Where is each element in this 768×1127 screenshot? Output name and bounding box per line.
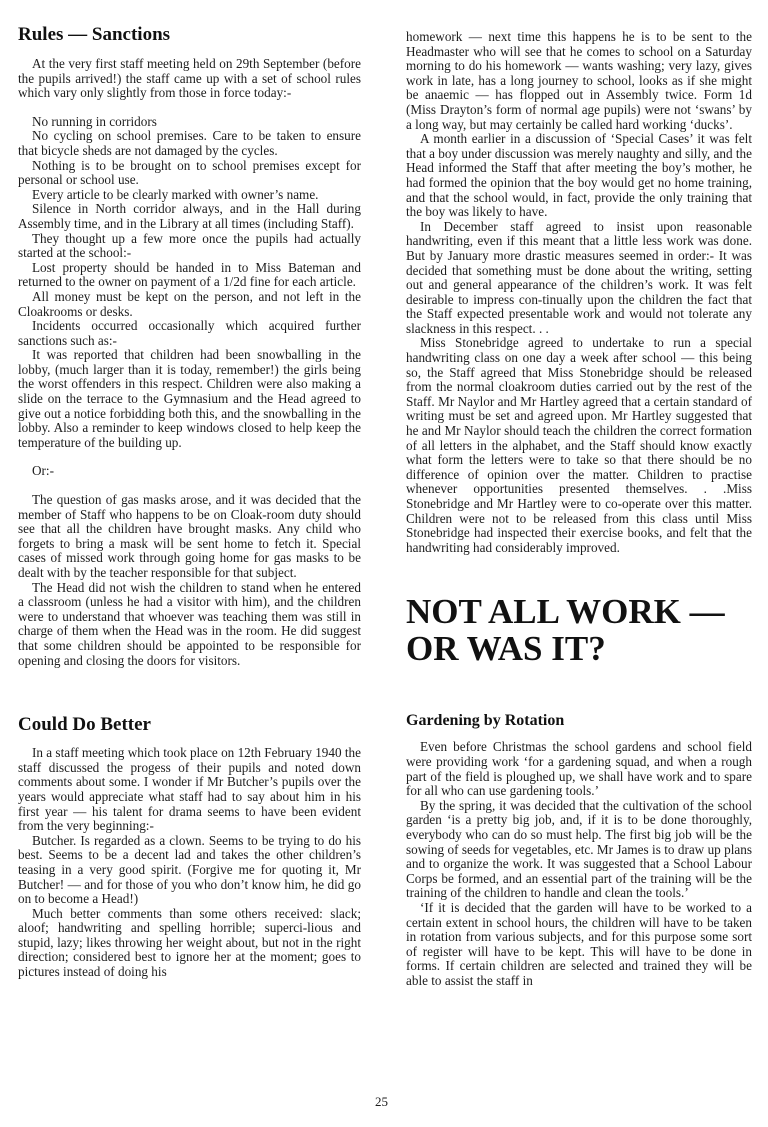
gardening-paragraph: By the spring, it was decided that the c… <box>406 799 752 901</box>
rule-item: It was reported that children had been s… <box>18 348 361 450</box>
rule-item: No running in corridors <box>18 115 361 130</box>
could-do-better-paragraph: Much better comments than some others re… <box>18 907 361 980</box>
rules-intro-paragraph: At the very first staff meeting held on … <box>18 57 361 101</box>
could-do-better-paragraph: Butcher. Is regarded as a clown. Seems t… <box>18 834 361 907</box>
gardening-paragraph: ‘If it is decided that the garden will h… <box>406 901 752 989</box>
rule-item: Silence in North corridor always, and in… <box>18 202 361 231</box>
section-heading-gardening-by-rotation: Gardening by Rotation <box>406 711 752 731</box>
right-column: homework — next time this happens he is … <box>406 0 752 988</box>
could-do-better-paragraph: In a staff meeting which took place on 1… <box>18 746 361 834</box>
continuation-paragraph: Miss Stonebridge agreed to undertake to … <box>406 336 752 555</box>
rule-item: Nothing is to be brought on to school pr… <box>18 159 361 188</box>
rule-item: No cycling on school premises. Care to b… <box>18 129 361 158</box>
chapter-title-line-1: NOT ALL WORK — <box>406 592 725 631</box>
or-label: Or:- <box>18 464 361 479</box>
rule-item: Incidents occurred occasionally which ac… <box>18 319 361 348</box>
rule-item: All money must be kept on the person, an… <box>18 290 361 319</box>
chapter-title: NOT ALL WORK — OR WAS IT? <box>406 593 752 667</box>
continuation-paragraph: In December staff agreed to insist upon … <box>406 220 752 337</box>
page-number: 25 <box>375 1094 388 1110</box>
gardening-paragraph: Even before Christmas the school gardens… <box>406 740 752 798</box>
head-visitors-paragraph: The Head did not wish the children to st… <box>18 581 361 669</box>
continuation-paragraph: homework — next time this happens he is … <box>406 30 752 132</box>
rule-item: Lost property should be handed in to Mis… <box>18 261 361 290</box>
chapter-title-line-2: OR WAS IT? <box>406 629 606 668</box>
rule-item: Every article to be clearly marked with … <box>18 188 361 203</box>
section-heading-rules-sanctions: Rules — Sanctions <box>18 24 361 46</box>
left-column: Rules — Sanctions At the very first staf… <box>18 0 361 980</box>
rule-item: They thought up a few more once the pupi… <box>18 232 361 261</box>
section-heading-could-do-better: Could Do Better <box>18 714 361 736</box>
continuation-paragraph: A month earlier in a discussion of ‘Spec… <box>406 132 752 220</box>
gas-masks-paragraph: The question of gas masks arose, and it … <box>18 493 361 581</box>
